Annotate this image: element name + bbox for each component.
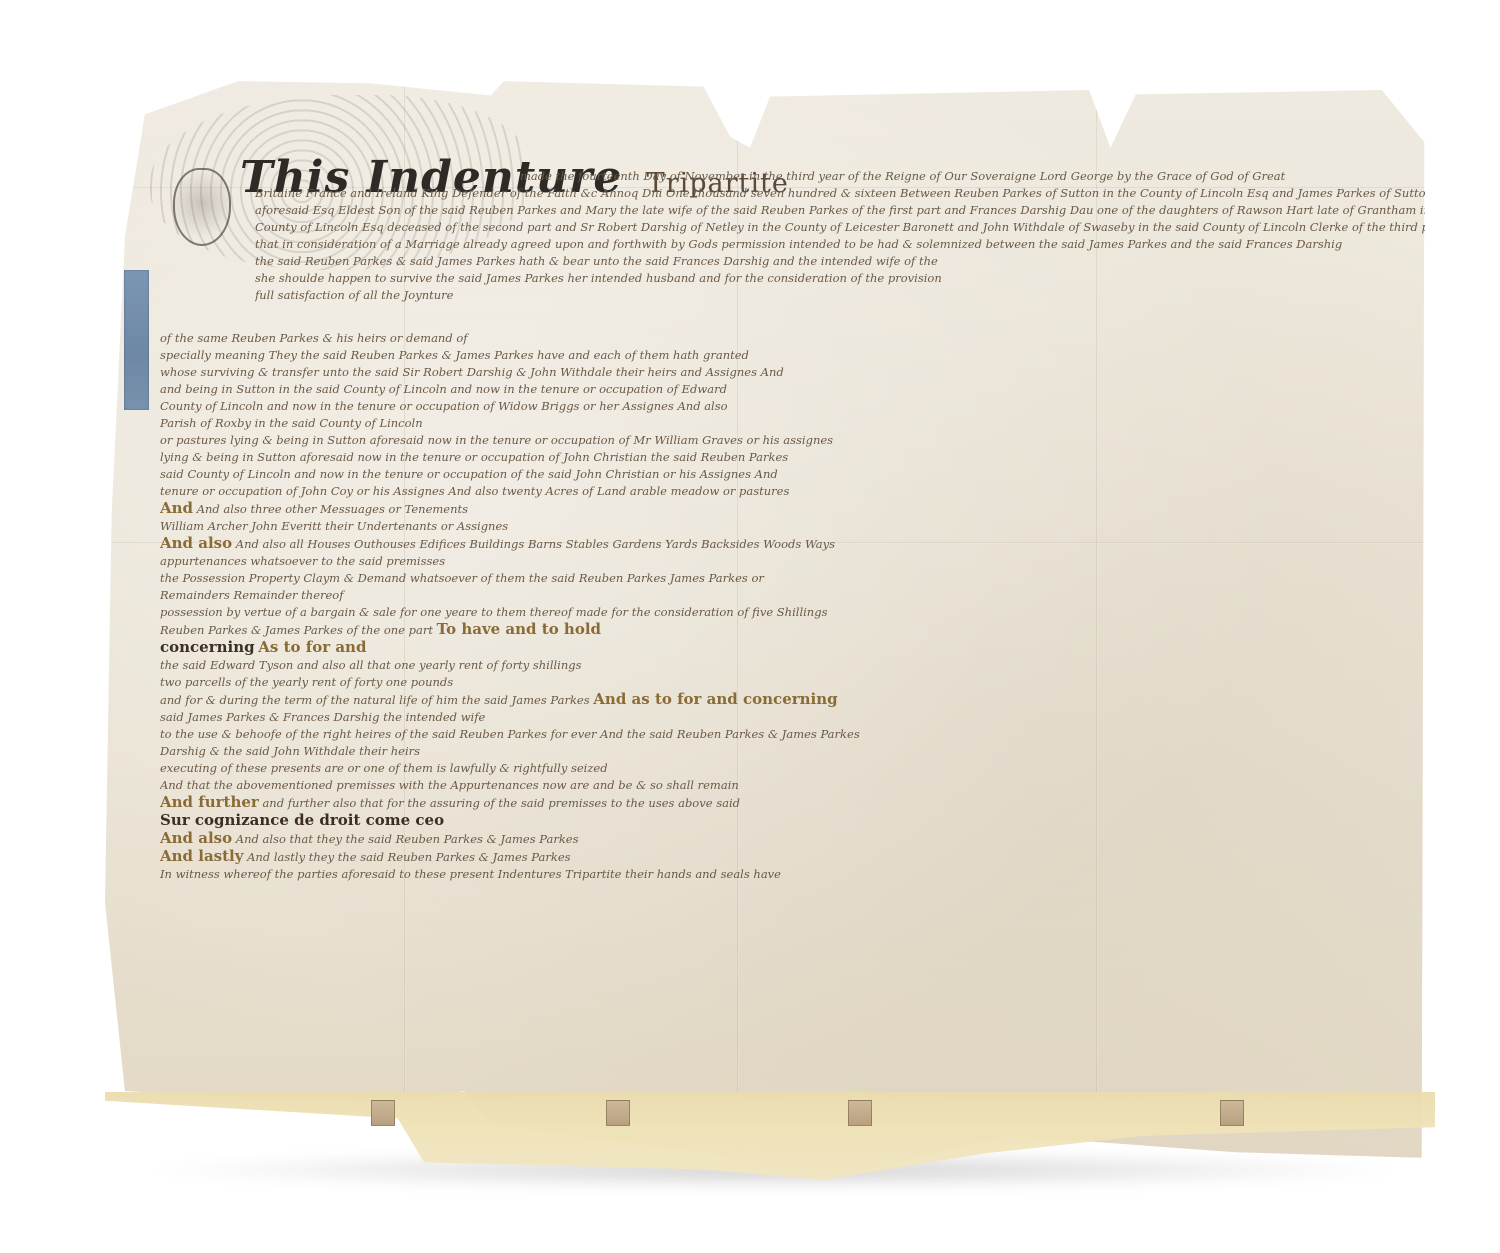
text-line: Remainders Remainder thereof [160, 587, 1400, 604]
text-line: Darshig & the said John Withdale their h… [160, 743, 1400, 760]
text-line: and being in Sutton in the said County o… [160, 381, 1400, 398]
deed-body: of the same Reuben Parkes & his heirs or… [160, 330, 1400, 1100]
opening-line-first: made the fourteenth Day of November in t… [520, 168, 1425, 185]
seal-tag [1220, 1100, 1244, 1126]
text-line: And lastly And lastly they the said Reub… [160, 848, 1400, 866]
text-line: Britaine France and Ireland King Defende… [255, 185, 1425, 202]
text-line: the said Edward Tyson and also all that … [160, 657, 1400, 674]
text-line: County of Lincoln and now in the tenure … [160, 398, 1400, 415]
text-line: full satisfaction of all the Joynture [255, 287, 1425, 304]
text-line: And further and further also that for th… [160, 794, 1400, 812]
coat-of-arms-icon [173, 168, 231, 246]
text-line: lying & being in Sutton aforesaid now in… [160, 449, 1400, 466]
text-line: of the same Reuben Parkes & his heirs or… [160, 330, 1400, 347]
text-line: concerning As to for and [160, 639, 1400, 657]
text-line: two parcells of the yearly rent of forty… [160, 674, 1400, 691]
text-line: made the fourteenth Day of November in t… [520, 168, 1425, 185]
text-line: William Archer John Everitt their Undert… [160, 518, 1400, 535]
text-line: that in consideration of a Marriage alre… [255, 236, 1425, 253]
text-line: the said Reuben Parkes & said James Park… [255, 253, 1425, 270]
text-line: possession by vertue of a bargain & sale… [160, 604, 1400, 621]
text-line: And And also three other Messuages or Te… [160, 500, 1400, 518]
text-line: Sur cognizance de droit come ceo [160, 812, 1400, 830]
text-line: said County of Lincoln and now in the te… [160, 466, 1400, 483]
text-line: she shoulde happen to survive the said J… [255, 270, 1425, 287]
text-line: specially meaning They the said Reuben P… [160, 347, 1400, 364]
text-line: Reuben Parkes & James Parkes of the one … [160, 621, 1400, 639]
text-line: County of Lincoln Esq deceased of the se… [255, 219, 1425, 236]
text-line: the Possession Property Claym & Demand w… [160, 570, 1400, 587]
seal-tag [371, 1100, 395, 1126]
text-line: said James Parkes & Frances Darshig the … [160, 709, 1400, 726]
photo-stage: This Indenture Tripartite made the fourt… [0, 0, 1500, 1253]
text-line: And also And also that they the said Reu… [160, 830, 1400, 848]
seal-tag [848, 1100, 872, 1126]
text-line: or pastures lying & being in Sutton afor… [160, 432, 1400, 449]
seal-ribbon [124, 270, 149, 410]
text-line: Parish of Roxby in the said County of Li… [160, 415, 1400, 432]
text-line: And that the abovementioned premisses wi… [160, 777, 1400, 794]
text-line: And also And also all Houses Outhouses E… [160, 535, 1400, 553]
text-line: appurtenances whatsoever to the said pre… [160, 553, 1400, 570]
opening-paragraph: Britaine France and Ireland King Defende… [255, 185, 1425, 304]
text-line: executing of these presents are or one o… [160, 760, 1400, 777]
text-line: to the use & behoofe of the right heires… [160, 726, 1400, 743]
text-line: whose surviving & transfer unto the said… [160, 364, 1400, 381]
text-line: and for & during the term of the natural… [160, 691, 1400, 709]
seal-tag [606, 1100, 630, 1126]
text-line: In witness whereof the parties aforesaid… [160, 866, 1400, 883]
text-line: tenure or occupation of John Coy or his … [160, 483, 1400, 500]
text-line: aforesaid Esq Eldest Son of the said Reu… [255, 202, 1425, 219]
